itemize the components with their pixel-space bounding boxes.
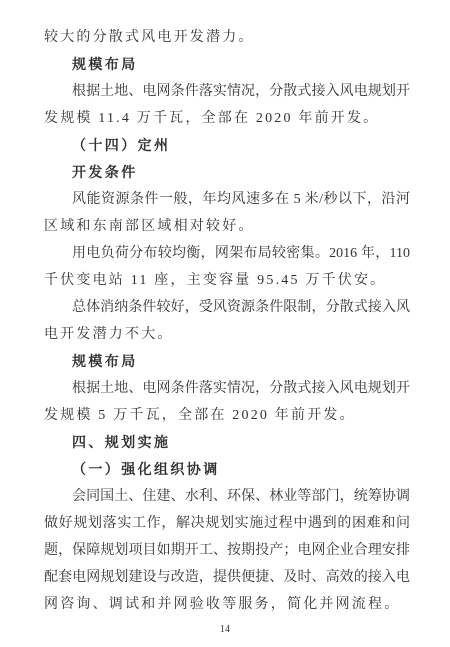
paragraph-line: 发规模 5 万千瓦，全部在 2020 年前开发。 [44,402,410,429]
paragraph-line: 发规模 11.4 万千瓦，全部在 2020 年前开发。 [44,105,410,132]
paragraph-line: 电开发潜力不大。 [44,321,410,348]
page-number: 14 [0,624,450,635]
paragraph-line: 总体消纳条件较好，受风资源条件限制，分散式接入风 [44,294,410,321]
paragraph-line: 网咨询、调试和并网验收等服务，简化并网流程。 [44,591,410,618]
paragraph-line: 用电负荷分布较均衡，网架布局较密集。2016 年，110 [44,240,410,267]
document-body: 较大的分散式风电开发潜力。 规模布局 根据土地、电网条件落实情况，分散式接入风电… [44,24,410,618]
heading-line: （十四）定州 [44,132,410,159]
section-heading-line: 四、规划实施 [44,429,410,456]
paragraph-line: 区域和东南部区域相对较好。 [44,213,410,240]
heading-line: 开发条件 [44,159,410,186]
paragraph-line: 较大的分散式风电开发潜力。 [44,24,410,51]
subsection-heading-line: （一）强化组织协调 [44,456,410,483]
paragraph-line: 做好规划落实工作，解决规划实施过程中遇到的困难和问 [44,510,410,537]
paragraph-line: 配套电网规划建设与改造，提供便捷、及时、高效的接入电 [44,564,410,591]
heading-line: 规模布局 [44,51,410,78]
paragraph-line: 根据土地、电网条件落实情况，分散式接入风电规划开 [44,375,410,402]
paragraph-line: 会同国土、住建、水利、环保、林业等部门，统筹协调 [44,483,410,510]
paragraph-line: 千伏变电站 11 座，主变容量 95.45 万千伏安。 [44,267,410,294]
paragraph-line: 题，保障规划项目如期开工、按期投产；电网企业合理安排 [44,537,410,564]
paragraph-line: 风能资源条件一般，年均风速多在 5 米/秒以下，沿河 [44,186,410,213]
heading-line: 规模布局 [44,348,410,375]
document-page: 较大的分散式风电开发潜力。 规模布局 根据土地、电网条件落实情况，分散式接入风电… [0,0,450,647]
paragraph-line: 根据土地、电网条件落实情况，分散式接入风电规划开 [44,78,410,105]
